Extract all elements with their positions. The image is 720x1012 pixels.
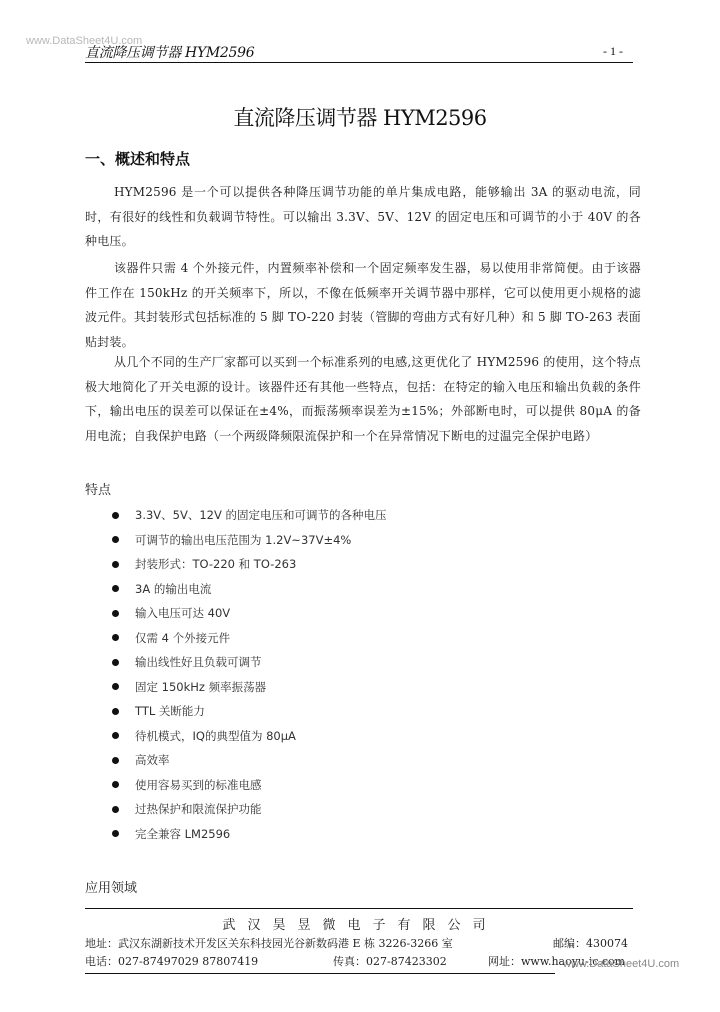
header-title: 直流降压调节器 HYM2596	[85, 42, 254, 62]
paragraph-intro: HYM2596 是一个可以提供各种降压调节功能的单片集成电路，能够输出 3A 的…	[85, 180, 641, 254]
feature-list: 3.3V、5V、12V 的固定电压和可调节的各种电压 可调节的输出电压范围为 1…	[112, 503, 387, 846]
feature-text: TTL 关断能力	[135, 703, 205, 719]
list-item: TTL 关断能力	[112, 699, 387, 724]
bullet-icon	[112, 732, 119, 739]
footer-fax: 传真：027-87423302	[333, 953, 447, 969]
list-item: 高效率	[112, 748, 387, 773]
list-item: 可调节的输出电压范围为 1.2V~37V±4%	[112, 528, 387, 553]
company-name: 武汉昊昱微电子有限公司	[0, 914, 720, 933]
list-item: 待机模式，IQ的典型值为 80μA	[112, 724, 387, 749]
list-item: 使用容易买到的标准电感	[112, 773, 387, 798]
page-header: 直流降压调节器 HYM2596 - 1 -	[85, 42, 633, 63]
bullet-icon	[112, 830, 119, 837]
feature-text: 高效率	[135, 752, 170, 768]
feature-text: 3A 的输出电流	[135, 581, 211, 597]
paragraph-inductor: 从几个不同的生产厂家都可以买到一个标准系列的电感,这更优化了 HYM2596 的…	[85, 350, 641, 448]
bullet-icon	[112, 634, 119, 641]
bullet-icon	[112, 585, 119, 592]
bullet-icon	[112, 512, 119, 519]
feature-text: 封装形式：TO-220 和 TO-263	[135, 556, 296, 572]
list-item: 输入电压可达 40V	[112, 601, 387, 626]
feature-text: 仅需 4 个外接元件	[135, 630, 230, 646]
footer-divider-top	[85, 908, 633, 909]
bullet-icon	[112, 781, 119, 788]
list-item: 完全兼容 LM2596	[112, 822, 387, 847]
list-item: 输出线性好且负载可调节	[112, 650, 387, 675]
feature-text: 可调节的输出电压范围为 1.2V~37V±4%	[135, 532, 351, 548]
watermark-bottom: www.DataSheet4U.com	[563, 958, 679, 970]
bullet-icon	[112, 683, 119, 690]
bullet-icon	[112, 708, 119, 715]
list-item: 过热保护和限流保护功能	[112, 797, 387, 822]
footer-divider-bottom	[85, 973, 555, 974]
bullet-icon	[112, 536, 119, 543]
paragraph-components: 该器件只需 4 个外接元件，内置频率补偿和一个固定频率发生器，易以使用非常简便。…	[85, 256, 641, 354]
feature-text: 输入电压可达 40V	[135, 605, 230, 621]
footer-web-label: 网址：	[488, 955, 521, 968]
footer-zip: 邮编：430074	[553, 935, 628, 951]
document-title: 直流降压调节器 HYM2596	[0, 102, 720, 132]
footer-phone: 电话：027-87497029 87807419	[85, 953, 258, 969]
bullet-icon	[112, 806, 119, 813]
feature-text: 完全兼容 LM2596	[135, 826, 230, 842]
bullet-icon	[112, 610, 119, 617]
bullet-icon	[112, 757, 119, 764]
feature-text: 过热保护和限流保护功能	[135, 801, 262, 817]
list-item: 封装形式：TO-220 和 TO-263	[112, 552, 387, 577]
feature-text: 输出线性好且负载可调节	[135, 654, 262, 670]
feature-text: 固定 150kHz 频率振荡器	[135, 679, 266, 695]
list-item: 3.3V、5V、12V 的固定电压和可调节的各种电压	[112, 503, 387, 528]
bullet-icon	[112, 561, 119, 568]
list-item: 固定 150kHz 频率振荡器	[112, 675, 387, 700]
footer-address: 地址：武汉东湖新技术开发区关东科技园光谷新数码港 E 栋 3226-3266 室	[85, 935, 453, 951]
section-heading-overview: 一、概述和特点	[85, 148, 190, 169]
feature-text: 3.3V、5V、12V 的固定电压和可调节的各种电压	[135, 507, 387, 523]
feature-text: 待机模式，IQ的典型值为 80μA	[135, 728, 296, 744]
bullet-icon	[112, 659, 119, 666]
feature-text: 使用容易买到的标准电感	[135, 777, 262, 793]
applications-heading: 应用领域	[85, 877, 137, 896]
list-item: 3A 的输出电流	[112, 577, 387, 602]
features-heading: 特点	[85, 479, 111, 498]
page-number: - 1 -	[603, 44, 623, 59]
list-item: 仅需 4 个外接元件	[112, 626, 387, 651]
